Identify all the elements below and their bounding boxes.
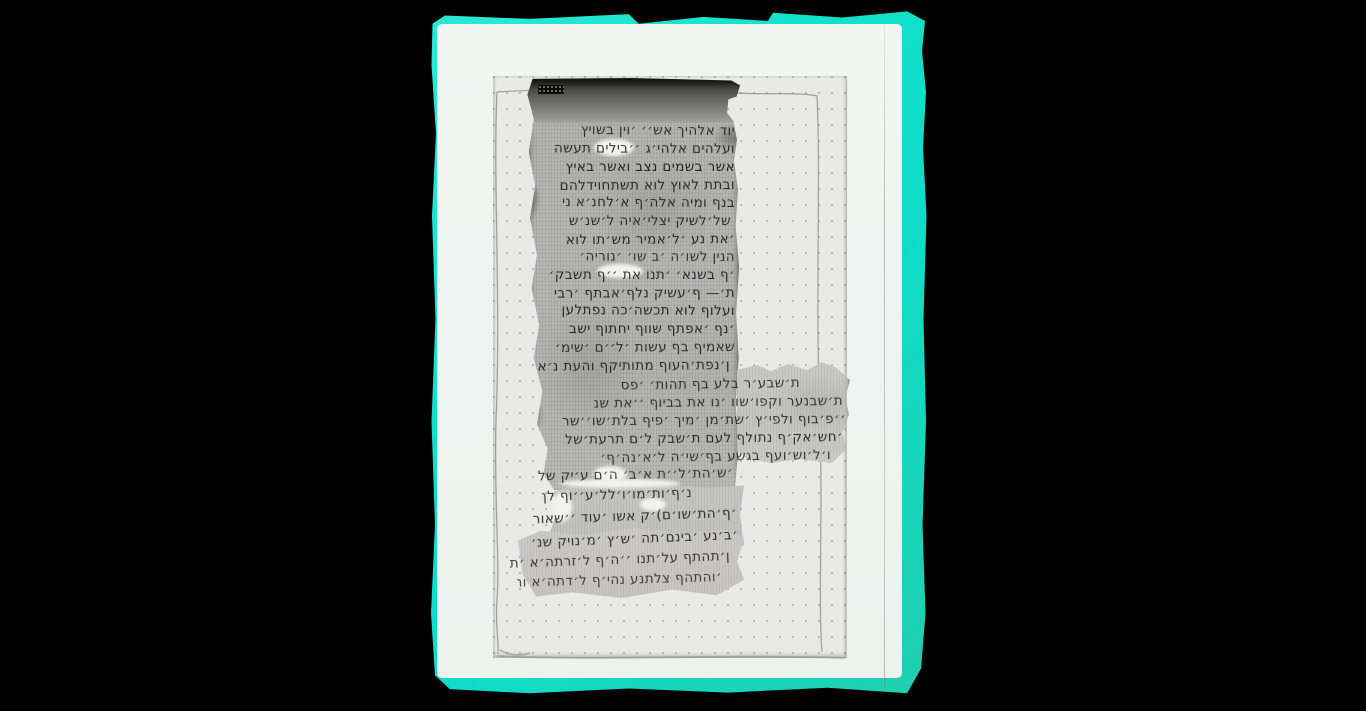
manuscript-line: ועלוף לוא תכשה׳כה נפתלען [533, 303, 735, 319]
manuscript-line: ת׳שבע׳ר בלע בף תהות׳ ׳פס [550, 376, 800, 394]
manuscript-line: ן׳תהתף על׳תנו ׳׳ה׳ף ל׳זרתה׳א ׳ת [505, 549, 730, 572]
manuscript-line: ן׳נפת׳העוף מתותיקף והעת נ׳א [534, 358, 730, 375]
manuscript-text-layer: יוד אלהיך אש׳׳ ׳וין בשויץועלהים אלהי׳ג ׳… [500, 0, 850, 711]
board-crease-line [884, 22, 885, 688]
manuscript-line: ׳נף ׳אפתף שווף יחתוף ישב [535, 322, 735, 337]
manuscript-line: של׳לשיק יצלי׳איה ל׳שנ׳ש [543, 214, 731, 229]
manuscript-line: יוד אלהיך אש׳׳ ׳וין בשויץ [539, 123, 735, 139]
manuscript-line: ׳׳פ׳בוף ולפי׳ץ ׳שת׳מן ׳מיך ׳פיף בלת׳שו׳׳… [536, 412, 846, 430]
manuscript-line: ת׳שבנער וקפו׳שוו ׳נו את בביוף ׳׳את שנ [541, 394, 843, 412]
manuscript-line: הנין לשו׳ה ׳ב שו׳ ׳נוריה׳ [535, 249, 735, 265]
manuscript-line: ׳ב׳נע ׳בינם׳תה ׳ש׳ץ ׳מ׳נויק שנ׳ [508, 528, 738, 552]
manuscript-line: נ׳ף׳ות׳מו׳ו׳לל׳ע׳׳וף לף׳ף [542, 486, 692, 505]
manuscript-line: ׳חש׳אק׳ף נתולף לעם ת׳שבק ל׳ם תרעת׳של [543, 430, 843, 448]
manuscript-line: ׳את נע ׳ל׳אמיר מש׳תו לוא [539, 232, 735, 248]
manuscript-line: ו׳ל׳וש׳ועף בגשע בף׳שי׳ה ל׳א׳נה׳ף׳ [546, 448, 831, 467]
manuscript-line: ׳ש׳הת׳ל׳׳ת א׳ב׳ ה׳ם ע׳יק של [533, 466, 733, 484]
manuscript-line: ׳ף בשנא׳ ׳תנו את ׳׳ף תשבק׳ [529, 268, 735, 283]
manuscript-line: בנף ומיה אלה׳ף א׳לחנ׳א ני [537, 195, 735, 211]
manuscript-line: ׳והתהף צלתנע נהי׳ף ל׳דתה׳א ות [517, 570, 722, 591]
manuscript-line: ת׳— ף׳עשיק נלף׳אבתף ׳רבי [537, 286, 735, 302]
manuscript-line: שאמיף בף עשות ׳ל׳׳ם ׳שימ׳ [543, 340, 735, 356]
manuscript-line: ובתת לאוץ לוא תשתחוידלהם [529, 178, 735, 194]
scan-photograph: יוד אלהיך אש׳׳ ׳וין בשויץועלהים אלהי׳ג ׳… [0, 0, 1366, 711]
manuscript-line: ועלהים אלהי׳ג ׳׳בילים תעשה [535, 141, 735, 157]
manuscript-line: אשר בשמים נצב ואשר באיץ [531, 160, 735, 175]
manuscript-line: ׳ף׳הת׳שו׳ם)׳ק אשו ׳עוד ׳׳שאורף׳ [532, 506, 737, 527]
